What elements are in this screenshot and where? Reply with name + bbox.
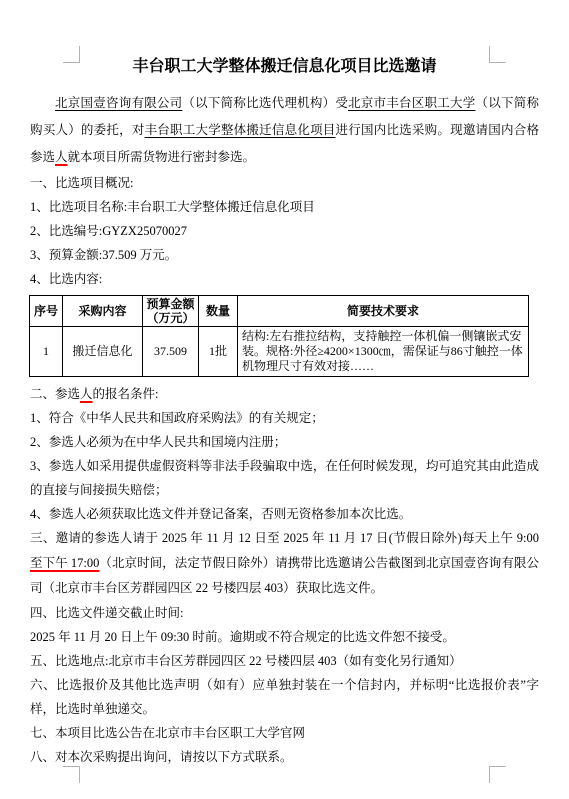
project-name-underlined: 丰台职工大学整体搬迁信息化项目 xyxy=(145,123,336,137)
section-7-paragraph: 七、本项目比选公告在北京市丰台区职工大学官网 xyxy=(30,721,539,745)
document-title: 丰台职工大学整体搬迁信息化项目比选邀请 xyxy=(30,54,539,80)
table-header-qty: 数量 xyxy=(199,296,238,327)
section-5-paragraph: 五、比选地点:北京市丰台区芳群园四区 22 号楼四层 403（如有变化另行通知） xyxy=(30,649,539,673)
section-2-item-3: 3、参选人如采用提供虚假资料等非法手段骗取中选，在任何时候发现，均可追究其由此造… xyxy=(30,454,539,502)
table-header-no: 序号 xyxy=(30,296,63,327)
section-6-paragraph: 六、比选报价及其他比选声明（如有）应单独封装在一个信封内，并标明“比选报价表”字… xyxy=(30,673,539,721)
margin-corner-mark-bottom-right xyxy=(489,766,506,783)
table-header-tech: 简要技术要求 xyxy=(238,296,529,327)
section-1-item-4: 4、比选内容: xyxy=(30,267,539,291)
red-underlined-char: 人 xyxy=(55,150,68,164)
section-1-item-2: 2、比选编号:GYZX25070027 xyxy=(30,219,539,243)
document-page: 丰台职工大学整体搬迁信息化项目比选邀请 北京国壹咨询有限公司（以下简称比选代理机… xyxy=(0,0,569,799)
section-1-item-1: 1、比选项目名称:丰台职工大学整体搬迁信息化项目 xyxy=(30,195,539,219)
cell-content: 搬迁信息化 xyxy=(63,327,143,377)
section-4-heading: 四、比选文件递交截止时间: xyxy=(30,601,539,625)
section-1-item-3: 3、预算金额:37.509 万元。 xyxy=(30,243,539,267)
section-2-item-1: 1、符合《中华人民共和国政府采购法》的有关规定； xyxy=(30,406,539,430)
table-row: 1 搬迁信息化 37.509 1批 结构:左右推拉结构，支持触控一体机偏一侧镶嵌… xyxy=(30,327,529,377)
cell-tech-requirements: 结构:左右推拉结构，支持触控一体机偏一侧镶嵌式安装。规格:外径≥4200×130… xyxy=(238,327,529,377)
red-underlined-time: 至下午 17:00 xyxy=(30,556,99,570)
section-3-text: （北京时间，法定节假日除外）请携带比选邀请公告截图到北京国壹咨询有限公司（北京市… xyxy=(30,556,539,595)
cell-budget: 37.509 xyxy=(143,327,199,377)
section-3-paragraph: 三、邀请的参选人请于 2025 年 11 月 12 日至 2025 年 11 月… xyxy=(30,526,539,601)
table-header-budget: 预算金额（万元） xyxy=(143,296,199,327)
cell-no: 1 xyxy=(30,327,63,377)
margin-corner-mark-top-right xyxy=(489,46,506,63)
section-3-text: 三、邀请的参选人请于 2025 年 11 月 12 日至 2025 年 11 月… xyxy=(30,531,539,545)
section-4-body: 2025 年 11 月 20 日上午 09:30 时前。逾期或不符合规定的比选文… xyxy=(30,625,539,649)
section-2-item-4: 4、参选人必须获取比选文件并登记备案，否则无资格参加本次比选。 xyxy=(30,502,539,526)
buyer-name-underlined: 北京市丰台区职工大学 xyxy=(348,96,475,110)
section-2-heading: 二、参选人的报名条件: xyxy=(30,382,539,406)
procurement-table: 序号 采购内容 预算金额（万元） 数量 简要技术要求 1 搬迁信息化 37.50… xyxy=(29,295,529,377)
table-header-content: 采购内容 xyxy=(63,296,143,327)
section-2-heading-text: 的报名条件: xyxy=(93,387,159,401)
table-header-row: 序号 采购内容 预算金额（万元） 数量 简要技术要求 xyxy=(30,296,529,327)
margin-corner-mark-top-left xyxy=(63,46,80,63)
document-content: 丰台职工大学整体搬迁信息化项目比选邀请 北京国壹咨询有限公司（以下简称比选代理机… xyxy=(0,0,569,769)
red-underlined-char: 人 xyxy=(80,387,93,401)
margin-corner-mark-bottom-left xyxy=(63,766,80,783)
intro-text: （以下简称比选代理机构）受 xyxy=(182,96,348,110)
agency-name-underlined: 北京国壹咨询有限公司 xyxy=(55,96,182,110)
intro-paragraph: 北京国壹咨询有限公司（以下简称比选代理机构）受北京市丰台区职工大学（以下简称购买… xyxy=(30,90,539,171)
section-2-item-2: 2、参选人必须为在中华人民共和国境内注册； xyxy=(30,430,539,454)
cell-qty: 1批 xyxy=(199,327,238,377)
section-2-heading-text: 二、参选 xyxy=(30,387,80,401)
intro-text: 就本项目所需货物进行密封参选。 xyxy=(68,150,256,164)
section-8-paragraph: 八、对本次采购提出询问，请按以下方式联系。 xyxy=(30,745,539,769)
section-1-heading: 一、比选项目概况: xyxy=(30,171,539,195)
